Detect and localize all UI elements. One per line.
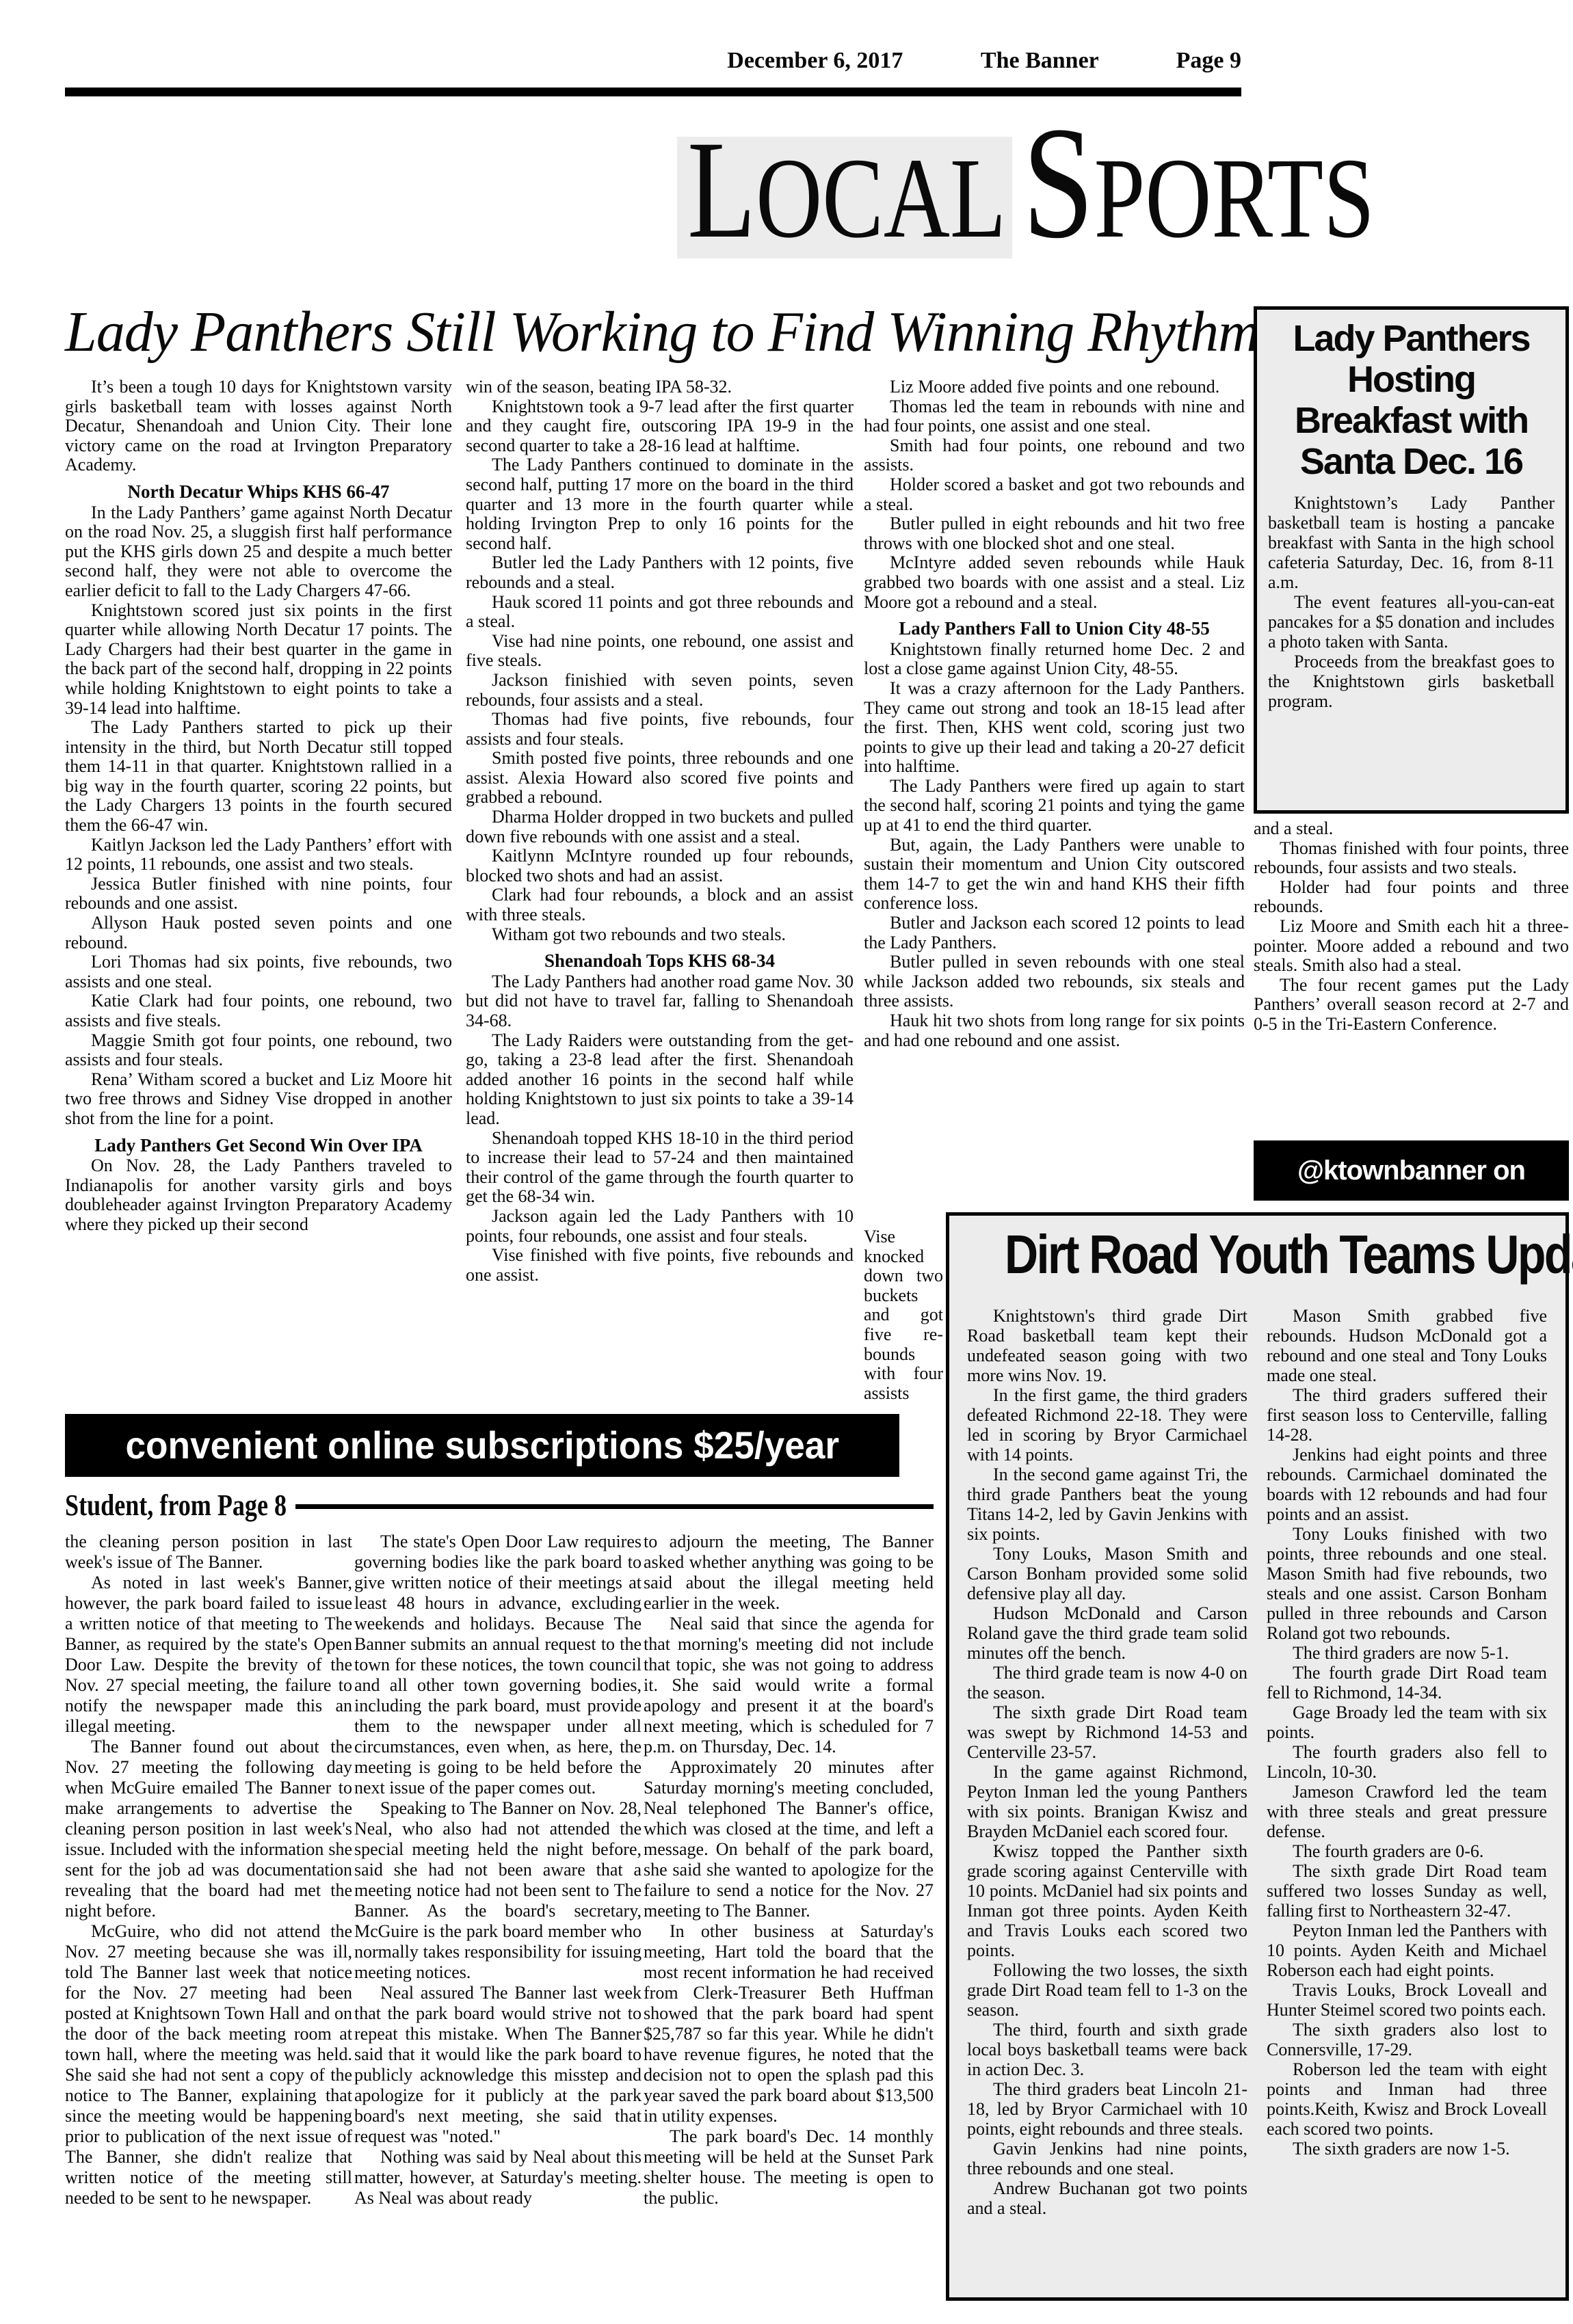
paragraph: Butler pulled in seven rebounds with one… <box>864 952 1245 1011</box>
paragraph: Jameson Crawford led the team with three… <box>1267 1782 1547 1841</box>
paragraph: Andrew Buchanan got two points and a ste… <box>967 2178 1247 2218</box>
paragraph: The sixth graders also lost to Connersvi… <box>1267 2020 1547 2059</box>
paragraph: The Lady Panthers continued to dominate … <box>466 455 854 553</box>
paragraph: The fourth graders also fell to Lincoln,… <box>1267 1742 1547 1782</box>
student-article-column-2: The state's Open Door Law requires gover… <box>354 1532 642 2319</box>
subheadline: North Decatur Whips KHS 66-47 <box>65 482 452 502</box>
main-article-column-3-wrap: Vise knocked down two buckets and got fi… <box>864 1227 943 1417</box>
paragraph: The state's Open Door Law requires gover… <box>354 1532 642 1798</box>
paragraph: The sixth grade Dirt Road team was swept… <box>967 1702 1247 1762</box>
dirt-road-column-right: Mason Smith grabbed five rebounds. Hudso… <box>1267 1306 1547 2284</box>
paragraph: The four recent games put the Lady Panth… <box>1254 976 1569 1034</box>
paragraph: Maggie Smith got four points, one reboun… <box>65 1031 452 1070</box>
paragraph: to adjourn the meeting, The Banner asked… <box>644 1532 934 1614</box>
paragraph: The third, fourth and sixth grade local … <box>967 2020 1247 2079</box>
paragraph: Peyton Inman led the Panthers with 10 po… <box>1267 1921 1547 1980</box>
paragraph: and a steal. <box>1254 819 1569 839</box>
paragraph: The sixth graders are now 1-5. <box>1267 2139 1547 2159</box>
paragraph: Rena’ Witham scored a bucket and Liz Moo… <box>65 1070 452 1129</box>
paragraph: Vise knocked down two buckets and got fi… <box>864 1227 943 1403</box>
paragraph: Knightstown scored just six points in th… <box>65 601 452 719</box>
paragraph: win of the season, beating IPA 58-32. <box>466 377 854 397</box>
paragraph: The third graders suffered their first s… <box>1267 1385 1547 1445</box>
paragraph: Holder scored a basket and got two rebou… <box>864 475 1245 514</box>
paragraph: Smith posted five points, three rebounds… <box>466 749 854 807</box>
paragraph: Approximately 20 minutes after Saturday … <box>644 1757 934 1921</box>
paragraph: Allyson Hauk posted seven points and one… <box>65 913 452 952</box>
paragraph: Knightstown took a 9-7 lead after the fi… <box>466 397 854 456</box>
paragraph: Vise finished with five points, five reb… <box>466 1246 854 1285</box>
paragraph: But, again, the Lady Panthers were unabl… <box>864 836 1245 913</box>
masthead-sports-rest: PORTS <box>1094 135 1375 262</box>
paragraph: The Lady Panthers were fired up again to… <box>864 777 1245 836</box>
paragraph: It was a crazy afternoon for the Lady Pa… <box>864 679 1245 777</box>
main-article-column-3: Liz Moore added five points and one rebo… <box>864 377 1245 1225</box>
header-paper-name: The Banner <box>981 48 1098 73</box>
santa-headline-line2: Hosting <box>1268 359 1555 400</box>
student-header-rule <box>295 1504 934 1509</box>
paragraph: It’s been a tough 10 days for Knightstow… <box>65 377 452 475</box>
paragraph: Kaitlynn McIntyre rounded up four reboun… <box>466 846 854 885</box>
paragraph: In the second game against Tri, the thir… <box>967 1465 1247 1544</box>
main-article-column-2: win of the season, beating IPA 58-32.Kni… <box>466 377 854 1411</box>
paragraph: Knightstown's third grade Dirt Road bask… <box>967 1306 1247 1385</box>
paragraph: Neal said that since the agenda for that… <box>644 1614 934 1757</box>
paragraph: Kaitlyn Jackson led the Lady Panthers’ e… <box>65 836 452 874</box>
subheadline: Shenandoah Tops KHS 68-34 <box>466 951 854 971</box>
paragraph: Vise had nine points, one rebound, one a… <box>466 632 854 671</box>
paragraph: Thomas finished with four points, three … <box>1254 839 1569 878</box>
header-page-number: Page 9 <box>1176 48 1241 73</box>
paragraph: Katie Clark had four points, one rebound… <box>65 991 452 1030</box>
student-article-column-1: the cleaning person position in last wee… <box>65 1532 352 2319</box>
paragraph: Jessica Butler finished with nine points… <box>65 874 452 913</box>
paragraph: Gage Broady led the team with six points… <box>1267 1702 1547 1742</box>
paragraph: The event features all-you-can-eat panca… <box>1268 592 1555 652</box>
paragraph: The third graders beat Lincoln 21-18, le… <box>967 2079 1247 2139</box>
paragraph: Liz Moore added five points and one rebo… <box>864 377 1245 397</box>
santa-headline-line4: Santa Dec. 16 <box>1268 441 1555 482</box>
student-article-header-text: Student, from Page 8 <box>65 1488 287 1523</box>
paragraph: Jenkins had eight points and three rebou… <box>1267 1445 1547 1524</box>
paragraph: Roberson led the team with eight points … <box>1267 2059 1547 2139</box>
paragraph: Jackson finishied with seven points, sev… <box>466 671 854 710</box>
paragraph: In the first game, the third graders def… <box>967 1385 1247 1465</box>
subscription-banner: convenient online subscriptions $25/year <box>65 1414 899 1477</box>
paragraph: Mason Smith grabbed five rebounds. Hudso… <box>1267 1306 1547 1385</box>
paragraph: As noted in last week's Banner, however,… <box>65 1573 352 1737</box>
paragraph: Travis Louks, Brock Loveall and Hunter S… <box>1267 1980 1547 2020</box>
main-article-headline: Lady Panthers Still Working to Find Winn… <box>65 299 1241 365</box>
subheadline: Lady Panthers Fall to Union City 48-55 <box>864 619 1245 639</box>
paragraph: The park board's Dec. 14 monthly meeting… <box>644 2126 934 2208</box>
santa-headline-line1: Lady Panthers <box>1268 318 1555 359</box>
dirt-road-column-left: Knightstown's third grade Dirt Road bask… <box>967 1306 1247 2284</box>
paragraph: Jackson again led the Lady Panthers with… <box>466 1207 854 1246</box>
paragraph: The third grade team is now 4-0 on the s… <box>967 1663 1247 1702</box>
paragraph: The Banner found out about the Nov. 27 m… <box>65 1737 352 1921</box>
paragraph: Following the two losses, the sixth grad… <box>967 1960 1247 2020</box>
student-article-header: Student, from Page 8 <box>65 1488 335 1523</box>
santa-breakfast-promo-box: Lady Panthers Hosting Breakfast with San… <box>1254 306 1569 814</box>
masthead-local-initial: L <box>687 112 756 267</box>
paragraph: Thomas had five points, five rebounds, f… <box>466 710 854 749</box>
paragraph: Knightstown’s Lady Panther basketball te… <box>1268 493 1555 592</box>
paragraph: In the Lady Panthers’ game against North… <box>65 503 452 601</box>
paragraph: Dharma Holder dropped in two buckets and… <box>466 807 854 846</box>
paragraph: Lori Thomas had six points, five rebound… <box>65 952 452 991</box>
paragraph: Smith had four points, one rebound and t… <box>864 436 1245 475</box>
paragraph: the cleaning person position in last wee… <box>65 1532 352 1573</box>
paragraph: The fourth grade Dirt Road team fell to … <box>1267 1663 1547 1702</box>
paragraph: Witham got two rebounds and two steals. <box>466 925 854 945</box>
paragraph: The sixth grade Dirt Road team suffered … <box>1267 1861 1547 1921</box>
dirt-road-headline-text: Dirt Road Youth Teams Update <box>1005 1225 1573 1284</box>
paragraph: Speaking to The Banner on Nov. 28, Neal,… <box>354 1798 642 1983</box>
paragraph: In other business at Saturday's meeting,… <box>644 1921 934 2126</box>
paragraph: Holder had four points and three rebound… <box>1254 878 1569 917</box>
main-article-column-4: and a steal.Thomas finished with four po… <box>1254 819 1569 1136</box>
paragraph: Neal assured The Banner last week that t… <box>354 1983 642 2147</box>
header-date: December 6, 2017 <box>727 48 903 73</box>
newspaper-page: December 6, 2017 The Banner Page 9 LOCAL… <box>0 0 1573 2324</box>
paragraph: McGuire, who did not attend the Nov. 27 … <box>65 1921 352 2208</box>
paragraph: Butler led the Lady Panthers with 12 poi… <box>466 553 854 592</box>
masthead-local-rest: OCAL <box>756 135 1006 262</box>
paragraph: The Lady Panthers had another road game … <box>466 972 854 1031</box>
dirt-road-update-box: Dirt Road Youth Teams Update Knightstown… <box>946 1212 1569 2301</box>
masthead-sports-initial: S <box>1022 94 1094 271</box>
paragraph: Kwisz topped the Panther sixth grade sco… <box>967 1841 1247 1960</box>
main-article-column-1: It’s been a tough 10 days for Knightstow… <box>65 377 452 1411</box>
paragraph: Butler pulled in eight rebounds and hit … <box>864 514 1245 553</box>
page-header: December 6, 2017 The Banner Page 9 <box>65 48 1241 74</box>
twitter-banner: @ktownbanner on Twitter <box>1254 1140 1569 1201</box>
paragraph: The third graders are now 5-1. <box>1267 1643 1547 1663</box>
paragraph: The fourth graders are 0-6. <box>1267 1841 1547 1861</box>
santa-promo-body: Knightstown’s Lady Panther basketball te… <box>1268 493 1555 711</box>
subheadline: Lady Panthers Get Second Win Over IPA <box>65 1136 452 1156</box>
paragraph: Gavin Jenkins had nine points, three reb… <box>967 2139 1247 2178</box>
paragraph: Hauk scored 11 points and got three rebo… <box>466 593 854 632</box>
santa-headline-line3: Breakfast with <box>1268 400 1555 441</box>
paragraph: Liz Moore and Smith each hit a three-poi… <box>1254 917 1569 976</box>
paragraph: Proceeds from the breakfast goes to the … <box>1268 652 1555 711</box>
subscription-banner-text: convenient online subscriptions $25/year <box>125 1414 839 1477</box>
paragraph: In the game against Richmond, Peyton Inm… <box>967 1762 1247 1841</box>
paragraph: Clark had four rebounds, a block and an … <box>466 885 854 924</box>
santa-promo-headline: Lady Panthers Hosting Breakfast with San… <box>1268 318 1555 482</box>
paragraph: McIntyre added seven rebounds while Hauk… <box>864 553 1245 612</box>
paragraph: Thomas led the team in rebounds with nin… <box>864 397 1245 436</box>
paragraph: The Lady Panthers started to pick up the… <box>65 718 452 836</box>
paragraph: Tony Louks finished with two points, thr… <box>1267 1524 1547 1643</box>
paragraph: On Nov. 28, the Lady Panthers traveled t… <box>65 1156 452 1234</box>
paragraph: Tony Louks, Mason Smith and Carson Bonha… <box>967 1544 1247 1603</box>
section-masthead: LOCALSPORTS <box>687 103 1375 263</box>
paragraph: Knightstown finally returned home Dec. 2… <box>864 640 1245 679</box>
paragraph: Nothing was said by Neal about this matt… <box>354 2147 642 2208</box>
paragraph: Hauk hit two shots from long range for s… <box>864 1011 1245 1050</box>
paragraph: Hudson McDonald and Carson Roland gave t… <box>967 1603 1247 1663</box>
paragraph: Butler and Jackson each scored 12 points… <box>864 913 1245 952</box>
student-article-column-3: to adjourn the meeting, The Banner asked… <box>644 1532 934 2319</box>
paragraph: The Lady Raiders were outstanding from t… <box>466 1031 854 1129</box>
paragraph: Shenandoah topped KHS 18-10 in the third… <box>466 1129 854 1207</box>
dirt-road-headline: Dirt Road Youth Teams Update <box>949 1225 1565 1284</box>
